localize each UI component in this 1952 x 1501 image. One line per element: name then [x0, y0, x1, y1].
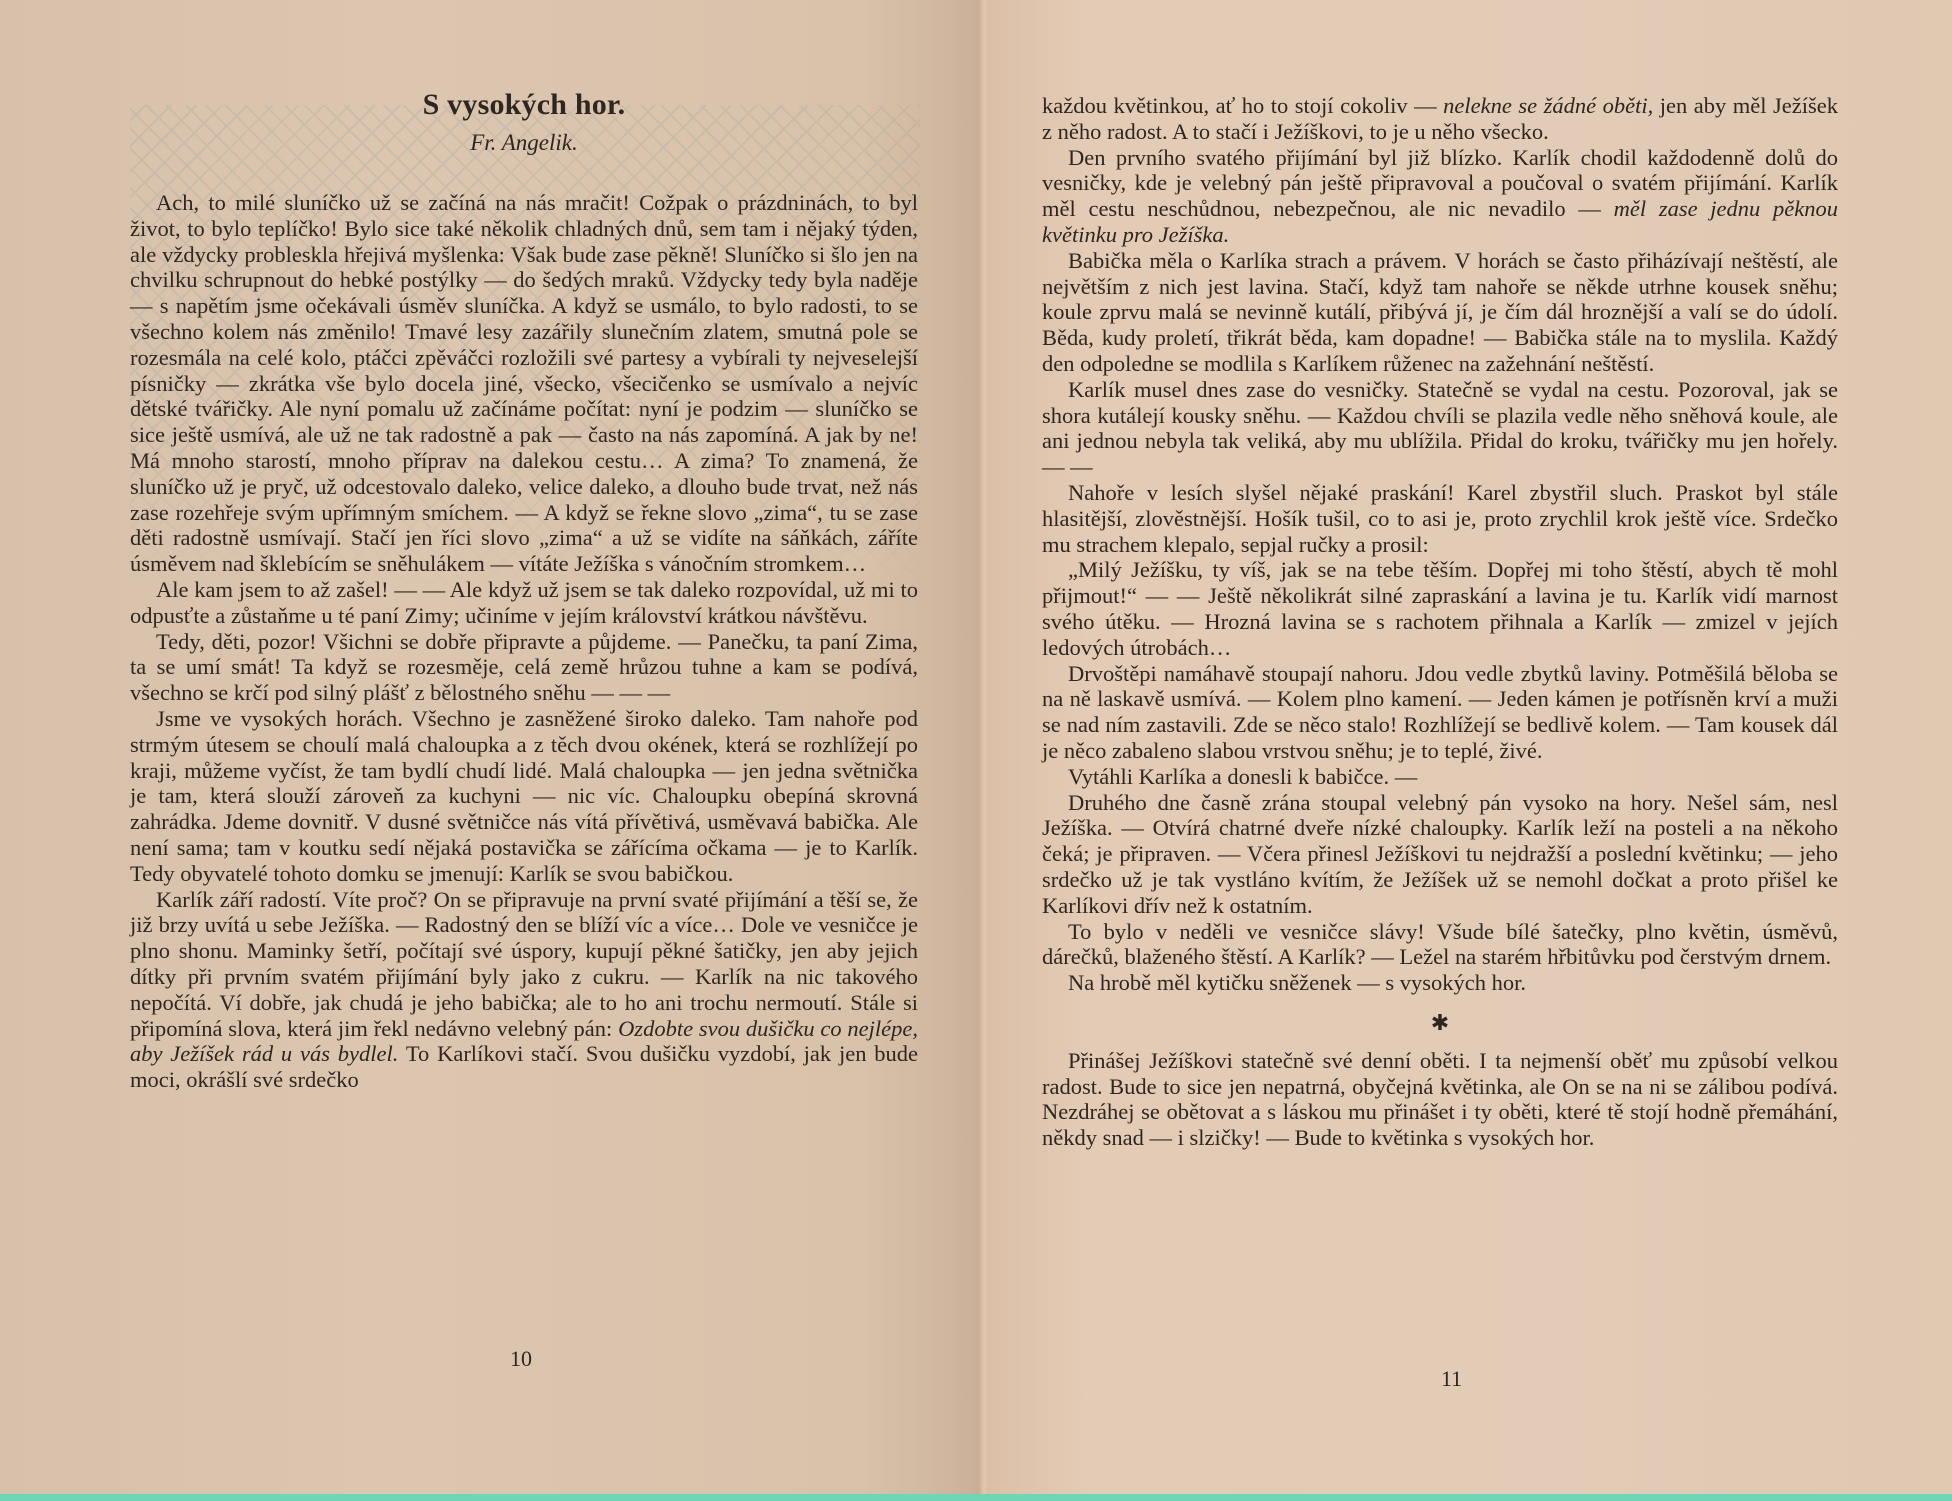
- paragraph: Ach, to milé sluníčko už se začíná na ná…: [130, 190, 918, 577]
- left-page-body: Ach, to milé sluníčko už se začíná na ná…: [130, 190, 918, 1093]
- paragraph: Ale kam jsem to až zašel! — — Ale když u…: [130, 577, 918, 629]
- paragraph-text: každou květinkou, ať ho to stojí cokoliv…: [1042, 93, 1443, 118]
- paragraph-with-quote: Karlík září radostí. Víte proč? On se př…: [130, 887, 918, 1093]
- page-number-right: 11: [1441, 1366, 1462, 1392]
- left-page: S vysokých hor. Fr. Angelik. Ach, to mil…: [0, 0, 978, 1494]
- paragraph: „Milý Ježíšku, ty víš, jak se na tebe tě…: [1042, 557, 1838, 660]
- right-page-body: každou květinkou, ať ho to stojí cokoliv…: [1042, 93, 1838, 1151]
- paragraph: Nahoře v lesích slyšel nějaké praskání! …: [1042, 480, 1838, 557]
- paragraph: Druhého dne časně zrána stoupal velebný …: [1042, 790, 1838, 919]
- italic-phrase: nelekne se žádné oběti,: [1443, 93, 1653, 118]
- paragraph: Na hrobě měl kytičku sněženek — s vysoký…: [1042, 970, 1838, 996]
- paragraph: Drvoštěpi namáhavě stoupají nahoru. Jdou…: [1042, 661, 1838, 764]
- paragraph: To bylo v neděli ve vesničce slávy! Všud…: [1042, 919, 1838, 971]
- chapter-author: Fr. Angelik.: [130, 130, 918, 156]
- book-spread: S vysokých hor. Fr. Angelik. Ach, to mil…: [0, 0, 1952, 1494]
- paragraph: Vytáhli Karlíka a donesli k babičce. —: [1042, 764, 1838, 790]
- paragraph: Den prvního svatého přijímání byl již bl…: [1042, 145, 1838, 248]
- bottom-edge-band: [0, 1494, 1952, 1501]
- paragraph: Tedy, děti, pozor! Všichni se dobře přip…: [130, 629, 918, 706]
- book-gutter: [978, 0, 990, 1494]
- paragraph: Babička měla o Karlíka strach a právem. …: [1042, 248, 1838, 377]
- right-page: každou květinkou, ať ho to stojí cokoliv…: [990, 0, 1952, 1494]
- closing-paragraph: Přinášej Ježíškovi statečně své denní ob…: [1042, 1048, 1838, 1151]
- chapter-heading: S vysokých hor. Fr. Angelik.: [130, 88, 918, 156]
- chapter-title: S vysokých hor.: [130, 88, 918, 122]
- paragraph: Jsme ve vysokých horách. Všechno je zasn…: [130, 706, 918, 887]
- paragraph: Karlík musel dnes zase do vesničky. Stat…: [1042, 377, 1838, 480]
- asterisk-separator-icon: ✱: [1042, 1012, 1838, 1034]
- paragraph-continued: každou květinkou, ať ho to stojí cokoliv…: [1042, 93, 1838, 145]
- page-number-left: 10: [510, 1346, 532, 1372]
